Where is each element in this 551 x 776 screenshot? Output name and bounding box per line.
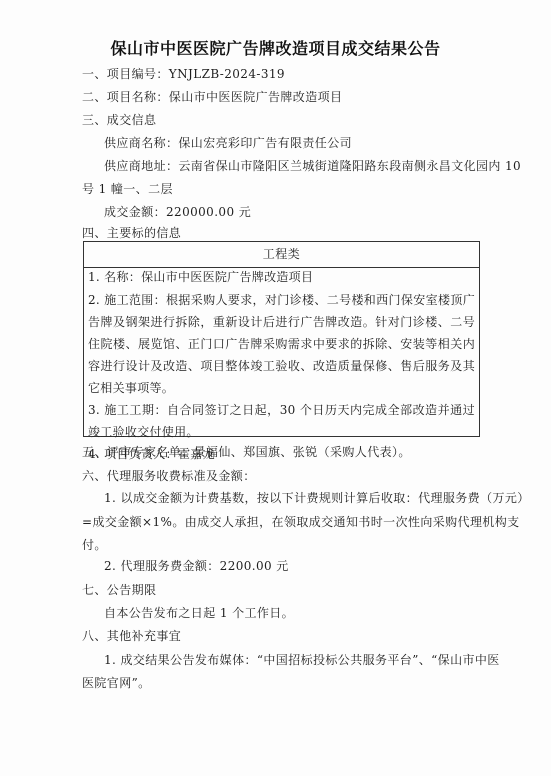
section-heading-other-matters: 八、其他补充事宜	[82, 628, 181, 644]
notice-period-text: 自本公告发布之日起 1 个工作日。	[104, 605, 294, 621]
table-row-name: 1. 名称：保山市中医医院广告牌改造项目	[88, 269, 475, 286]
section-heading-main-subject: 四、主要标的信息	[82, 225, 181, 241]
section-heading-notice-period: 七、公告期限	[82, 582, 156, 598]
agency-fee-rule-line1: 1. 以成交金额为计费基数，按以下计费规则计算后收取：代理服务费（万元）	[104, 490, 530, 506]
supplier-address-line1: 供应商地址：云南省保山市隆阳区兰城街道隆阳路东段南侧永昌文化园内 10	[104, 158, 521, 174]
deal-amount: 成交金额：220000.00 元	[104, 204, 251, 220]
table-header: 工程类	[84, 242, 479, 268]
supplier-address-line2: 号 1 幢一、二层	[82, 181, 173, 197]
section-heading-agency-fee: 六、代理服务收费标准及金额：	[82, 468, 256, 484]
agency-fee-rule-line3: 付。	[82, 537, 107, 553]
publication-media-line1: 1. 成交结果公告发布媒体：“中国招标投标公共服务平台”、“保山市中医	[104, 652, 500, 668]
section-heading-deal-info: 三、成交信息	[82, 112, 156, 128]
agency-fee-rule-line2: =成交金额×1%。由成交人承担，在领取成交通知书时一次性向采购代理机构支	[82, 514, 520, 530]
table-row-scope: 2. 施工范围：根据采购人要求，对门诊楼、二号楼和西门保安室楼顶广告牌及钢架进行…	[88, 289, 475, 399]
publication-media-line2: 医院官网”。	[82, 675, 151, 691]
subject-info-table: 工程类 1. 名称：保山市中医医院广告牌改造项目 2. 施工范围：根据采购人要求…	[83, 241, 480, 437]
agency-fee-amount: 2. 代理服务费金额：2200.00 元	[104, 558, 289, 574]
project-name: 二、项目名称：保山市中医医院广告牌改造项目	[82, 89, 342, 105]
expert-list: 五、评审专家名单：景福仙、郑国旗、张锐（采购人代表）。	[82, 444, 411, 460]
project-number: 一、项目编号：YNJLZB-2024-319	[82, 66, 285, 82]
document-title: 保山市中医医院广告牌改造项目成交结果公告	[0, 36, 551, 59]
table-body: 1. 名称：保山市中医医院广告牌改造项目 2. 施工范围：根据采购人要求，对门诊…	[84, 268, 479, 465]
supplier-name: 供应商名称：保山宏亮彩印广告有限责任公司	[104, 135, 352, 151]
table-row-duration: 3. 施工工期：自合同签订之日起，30 个日历天内完成全部改造并通过竣工验收交付…	[88, 399, 475, 443]
